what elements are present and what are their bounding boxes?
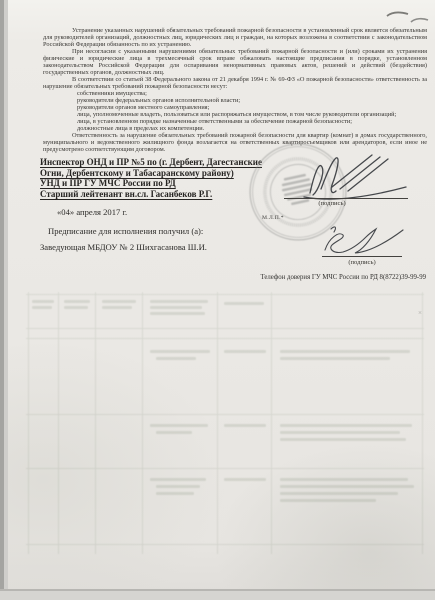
trust-phone-line: Телефон доверия ГУ МЧС России по РД 8(87… bbox=[260, 274, 426, 281]
body-text-block: Устранение указанных нарушений обязатель… bbox=[43, 27, 427, 153]
signature-line bbox=[284, 198, 408, 199]
list-item: собственники имущества; bbox=[43, 90, 427, 97]
list-item: лица, уполномоченные владеть, пользовать… bbox=[43, 111, 427, 118]
scan-edge-strip-light bbox=[4, 0, 8, 600]
corner-pen-mark bbox=[383, 8, 431, 28]
inspector-signature bbox=[296, 147, 414, 201]
received-line: Предписание для исполнения получил (а): bbox=[48, 226, 203, 236]
list-item: должностные лица в пределах их компетенц… bbox=[43, 125, 427, 132]
date-line: «04» апреля 2017 г. bbox=[57, 207, 127, 217]
list-item: лица, в установленном порядке назначенны… bbox=[43, 118, 427, 125]
signature-caption: (подпись) bbox=[329, 259, 395, 266]
receiver-signature bbox=[315, 220, 409, 260]
scanned-document-page: Устранение указанных нарушений обязатель… bbox=[0, 0, 435, 600]
signature-line bbox=[322, 256, 402, 257]
receiver-line: Заведующая МБДОУ № 2 Шихгасанова Ш.И. bbox=[40, 242, 207, 252]
stray-pen-mark: × bbox=[418, 309, 422, 317]
paragraph: В соответствии со статьей 38 Федеральног… bbox=[43, 76, 427, 90]
paragraph: Устранение указанных нарушений обязатель… bbox=[43, 27, 427, 48]
bleedthrough-table bbox=[26, 292, 424, 554]
list-item: руководители органов местного самоуправл… bbox=[43, 104, 427, 111]
list-item: руководители федеральных органов исполни… bbox=[43, 97, 427, 104]
scanner-background bbox=[0, 591, 435, 600]
seal-placement-note: М.Л.П.* bbox=[262, 215, 284, 221]
signature-caption: (подпись) bbox=[301, 200, 363, 207]
paragraph: При несогласии с указанными нарушениями … bbox=[43, 48, 427, 76]
